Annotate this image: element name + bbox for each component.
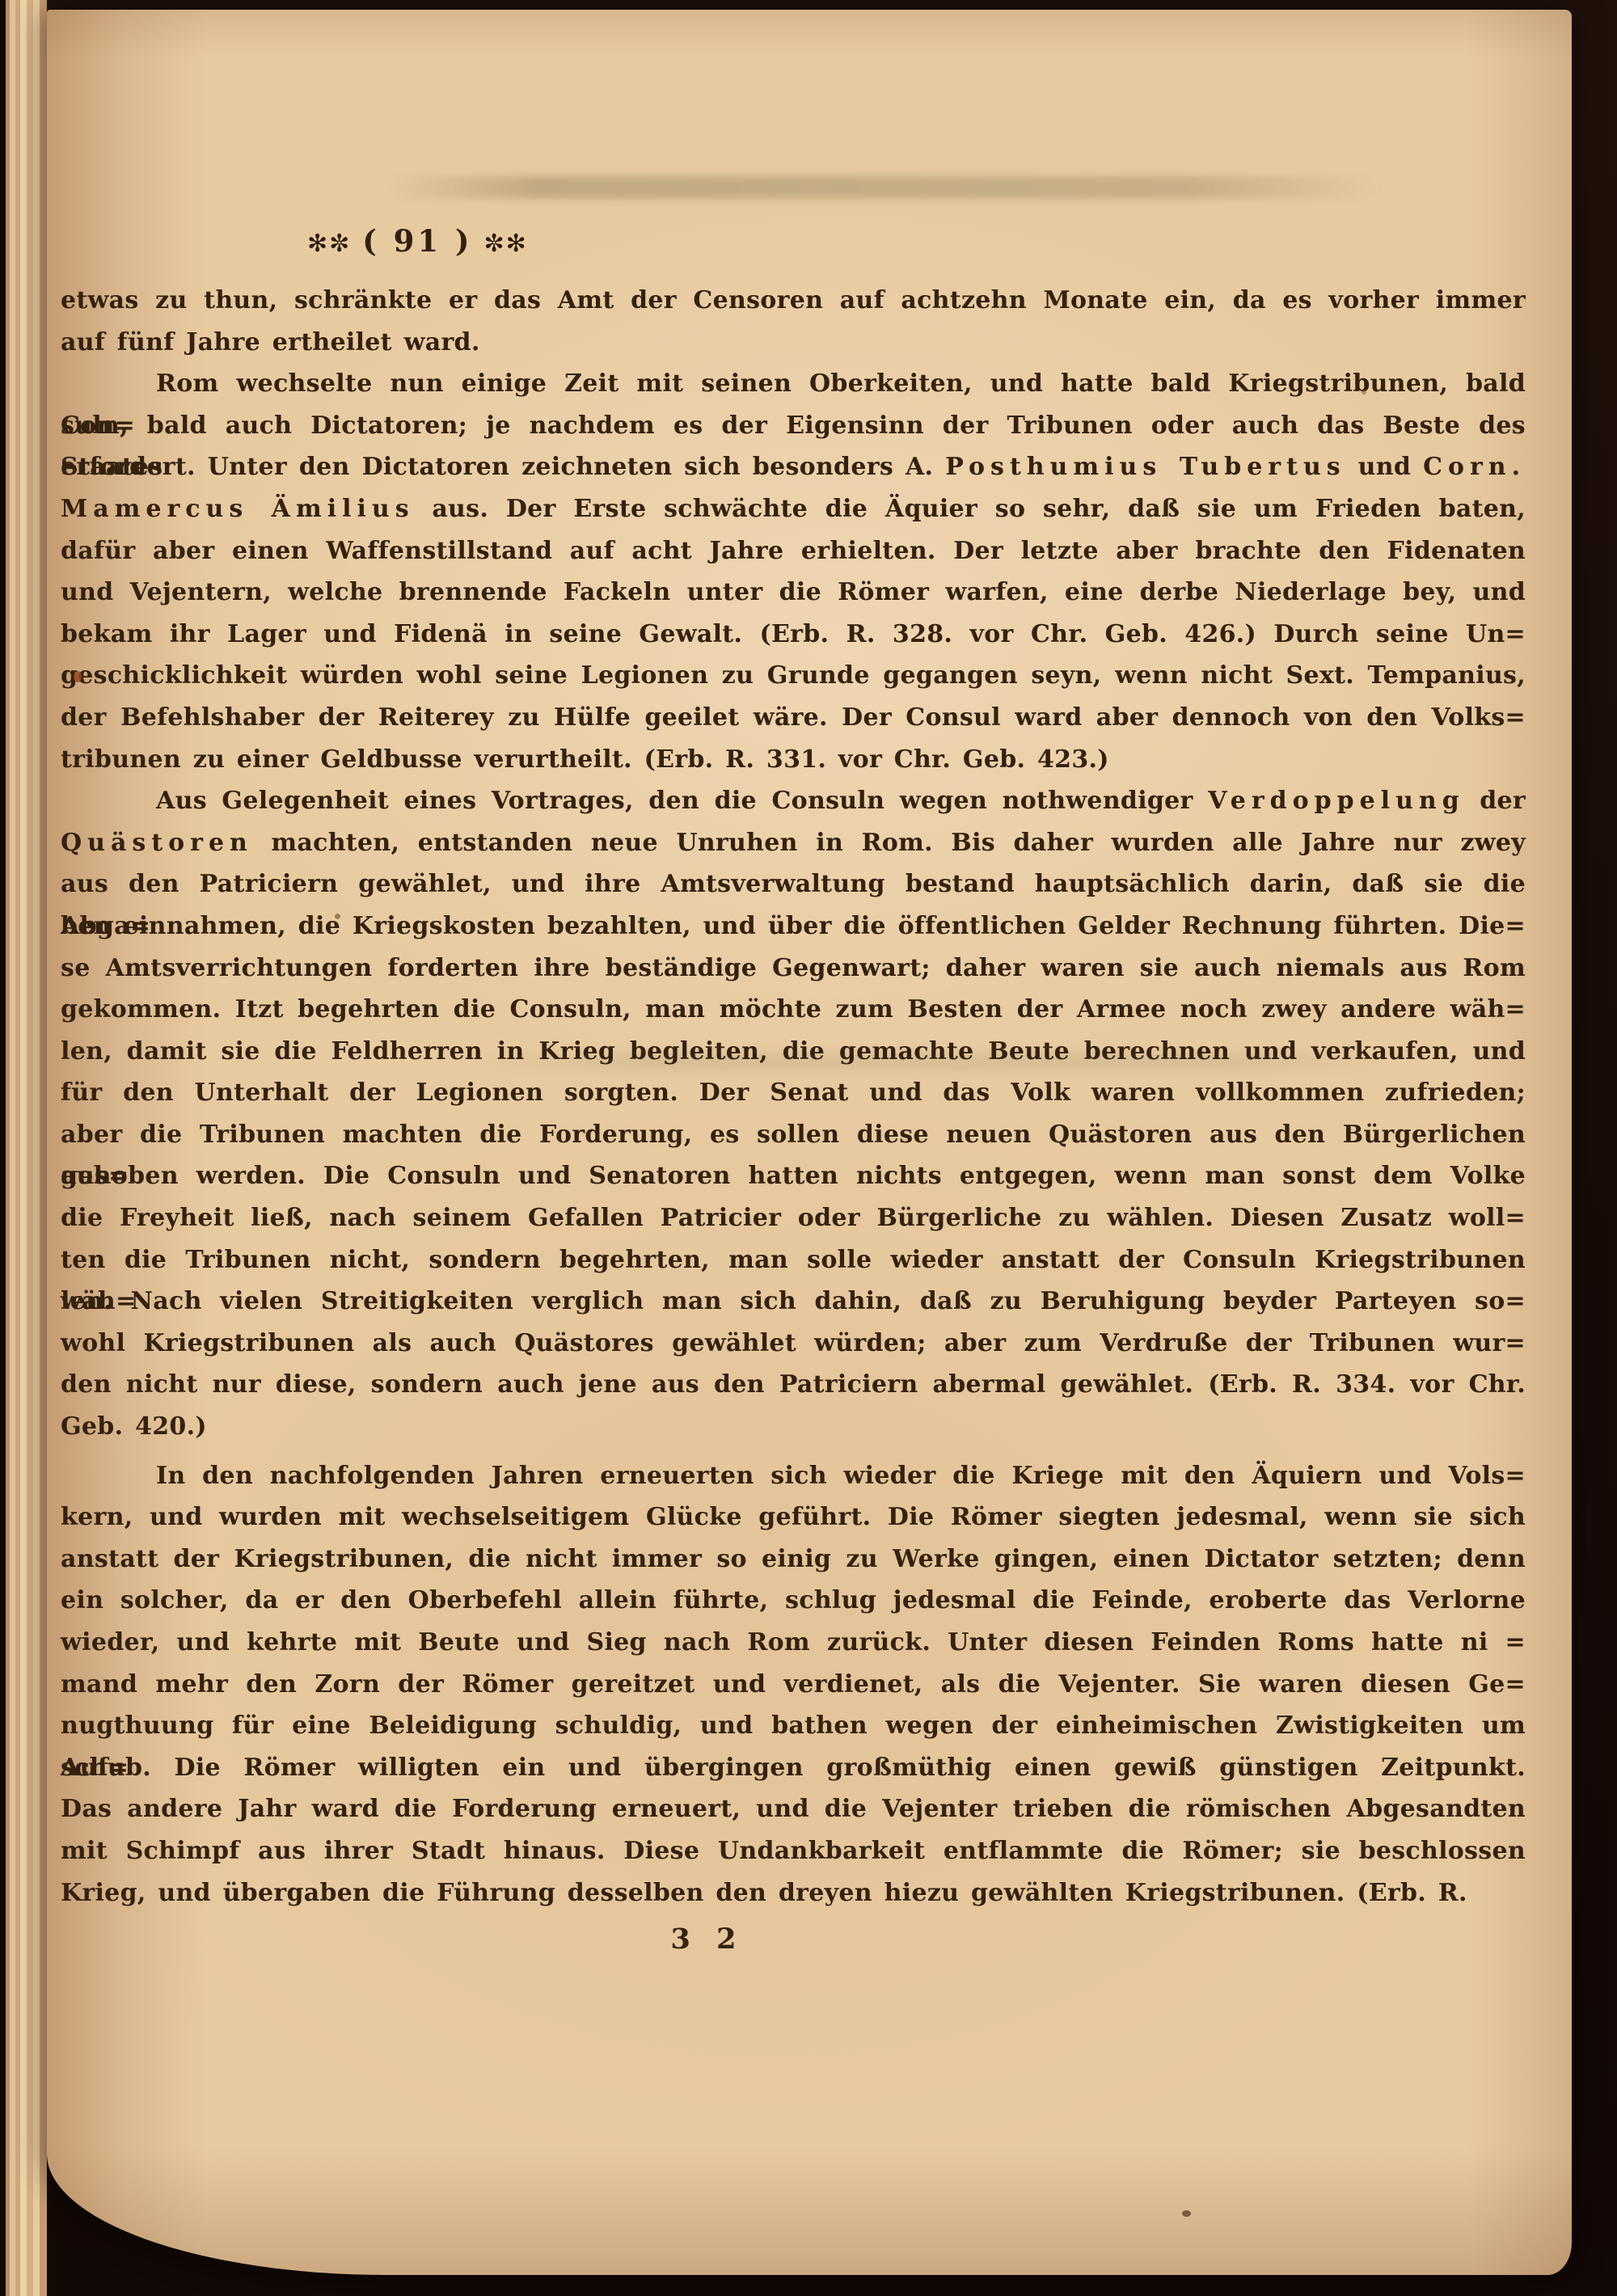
text-segment: der — [1465, 787, 1526, 815]
text-line: se Amtsverrichtungen forderten ihre best… — [61, 948, 1526, 990]
text-line: ben einnahmen, die Kriegskosten bezahlte… — [61, 905, 1526, 948]
stain — [1182, 2210, 1191, 2217]
book-page-edges — [0, 0, 47, 2296]
text-line: der Befehlshaber der Reiterey zu Hülfe g… — [61, 697, 1526, 739]
text-line: schub. Die Römer willigten ein und überg… — [61, 1747, 1526, 1789]
text-line: und Vejentern, welche brennende Fackeln … — [61, 572, 1526, 614]
text-line: Quästoren machten, entstanden neue Unruh… — [61, 822, 1526, 864]
text-segment: gehoben werden. Die Consuln und Senatore… — [61, 1162, 1526, 1190]
book-scan: { "page": { "header": { "ornament_left":… — [0, 0, 1617, 2296]
text-segment: Geb. 420.) — [61, 1412, 207, 1441]
text-line: wieder, und kehrte mit Beute und Sieg na… — [61, 1622, 1526, 1664]
text-line: die Freyheit ließ, nach seinem Gefallen … — [61, 1197, 1526, 1239]
text-line: auf fünf Jahre ertheilet ward. — [61, 322, 1526, 364]
text-line: len. Nach vielen Streitigkeiten verglich… — [61, 1281, 1526, 1323]
text-segment: Verdoppelung — [1208, 787, 1464, 815]
paragraph: etwas zu thun, schränkte er das Amt der … — [61, 280, 1526, 363]
text-segment: Krieg, und übergaben die Führung desselb… — [61, 1879, 1467, 1907]
text-line: nugthuung für eine Beleidigung schuldig,… — [61, 1705, 1526, 1747]
text-line: Mamercus Ämilius aus. Der Erste schwächt… — [61, 488, 1526, 530]
text-line: tribunen zu einer Geldbusse verurtheilt.… — [61, 739, 1526, 781]
text-line: für den Unterhalt der Legionen sorgten. … — [61, 1072, 1526, 1114]
text-segment: für den Unterhalt der Legionen sorgten. … — [61, 1078, 1526, 1107]
text-line: ein solcher, da er den Oberbefehl allein… — [61, 1580, 1526, 1622]
text-segment: Aus Gelegenheit eines Vortrages, den die… — [156, 787, 1208, 815]
text-block: etwas zu thun, schränkte er das Amt der … — [61, 280, 1526, 1914]
text-segment: se Amtsverrichtungen forderten ihre best… — [61, 954, 1526, 982]
text-segment: Mamercus Ämilius — [61, 495, 415, 523]
text-segment: len, damit sie die Feldherren in Krieg b… — [61, 1037, 1526, 1066]
text-segment: der Befehlshaber der Reiterey zu Hülfe g… — [61, 703, 1526, 732]
text-segment: Posthumius Tubertus — [945, 453, 1345, 481]
text-line: gehoben werden. Die Consuln und Senatore… — [61, 1155, 1526, 1197]
text-segment: auf fünf Jahre ertheilet ward. — [61, 328, 480, 357]
signature-mark: 3 2 — [643, 1922, 772, 1956]
text-line: anstatt der Kriegstribunen, die nicht im… — [61, 1538, 1526, 1581]
text-segment: dafür aber einen Waffenstillstand auf ac… — [61, 537, 1526, 565]
paragraph: In den nachfolgenden Jahren erneuerten s… — [61, 1455, 1526, 1914]
paragraph: Aus Gelegenheit eines Vortrages, den die… — [61, 780, 1526, 1448]
text-segment: len. Nach vielen Streitigkeiten verglich… — [61, 1287, 1526, 1315]
text-segment: kern, und wurden mit wechselseitigem Glü… — [61, 1503, 1526, 1531]
ink-bleed-through — [386, 176, 1381, 199]
text-line: aus den Patriciern gewählet, und ihre Am… — [61, 863, 1526, 905]
text-line: Geb. 420.) — [61, 1406, 1526, 1448]
text-segment: Corn. — [1423, 453, 1526, 481]
page-number: ( 91 ) — [362, 223, 472, 259]
text-line: erfordert. Unter den Dictatoren zeichnet… — [61, 446, 1526, 488]
text-line: mand mehr den Zorn der Römer gereitzet u… — [61, 1664, 1526, 1706]
text-segment: mand mehr den Zorn der Römer gereitzet u… — [61, 1670, 1526, 1699]
text-segment: aus. Der Erste schwächte die Äquier so s… — [415, 495, 1526, 523]
text-segment: In den nachfolgenden Jahren erneuerten s… — [156, 1462, 1526, 1490]
text-segment: anstatt der Kriegstribunen, die nicht im… — [61, 1545, 1526, 1573]
text-line: aber die Tribunen machten die Forderung,… — [61, 1114, 1526, 1156]
text-line: len, damit sie die Feldherren in Krieg b… — [61, 1031, 1526, 1073]
text-segment: ein solcher, da er den Oberbefehl allein… — [61, 1586, 1526, 1614]
text-segment: tribunen zu einer Geldbusse verurtheilt.… — [61, 745, 1109, 774]
fleuron-ornament-right-icon: ✼✻ — [484, 230, 528, 258]
text-segment: die Freyheit ließ, nach seinem Gefallen … — [61, 1204, 1526, 1232]
text-line: In den nachfolgenden Jahren erneuerten s… — [61, 1455, 1526, 1497]
text-line: kern, und wurden mit wechselseitigem Glü… — [61, 1496, 1526, 1538]
stain — [74, 671, 82, 682]
text-segment: bekam ihr Lager und Fidenä in seine Gewa… — [61, 620, 1526, 648]
text-line: bekam ihr Lager und Fidenä in seine Gewa… — [61, 614, 1526, 656]
fleuron-ornament-left-icon: ✻✼ — [307, 230, 351, 258]
text-line: ten die Tribunen nicht, sondern begehrte… — [61, 1239, 1526, 1281]
text-line: Krieg, und übergaben die Führung desselb… — [61, 1872, 1526, 1914]
text-segment: machten, entstanden neue Unruhen in Rom.… — [253, 829, 1526, 857]
text-line: Rom wechselte nun einige Zeit mit seinen… — [61, 363, 1526, 405]
text-line: geschicklichkeit würden wohl seine Legio… — [61, 655, 1526, 697]
stain — [1362, 390, 1366, 395]
text-line: mit Schimpf aus ihrer Stadt hinaus. Dies… — [61, 1830, 1526, 1872]
text-line: etwas zu thun, schränkte er das Amt der … — [61, 280, 1526, 322]
text-segment: geschicklichkeit würden wohl seine Legio… — [61, 661, 1526, 690]
text-segment: Quästoren — [61, 829, 253, 857]
text-segment: und Vejentern, welche brennende Fackeln … — [61, 578, 1526, 606]
text-line: suln, bald auch Dictatoren; je nachdem e… — [61, 405, 1526, 447]
text-segment: wieder, und kehrte mit Beute und Sieg na… — [61, 1628, 1526, 1657]
paragraph: Rom wechselte nun einige Zeit mit seinen… — [61, 363, 1526, 780]
text-segment: Das andere Jahr ward die Forderung erneu… — [61, 1795, 1526, 1823]
page-header: ✻✼ ( 91 ) ✼✻ — [307, 223, 550, 259]
stain — [335, 914, 340, 919]
text-segment: erfordert. Unter den Dictatoren zeichnet… — [61, 453, 945, 481]
text-segment: und — [1346, 453, 1423, 481]
text-segment: wohl Kriegstribunen als auch Quästores g… — [61, 1329, 1526, 1357]
page: ✻✼ ( 91 ) ✼✻ etwas zu thun, schränkte er… — [47, 10, 1572, 2275]
text-line: Aus Gelegenheit eines Vortrages, den die… — [61, 780, 1526, 822]
text-line: Das andere Jahr ward die Forderung erneu… — [61, 1788, 1526, 1830]
text-line: den nicht nur diese, sondern auch jene a… — [61, 1364, 1526, 1406]
text-segment: etwas zu thun, schränkte er das Amt der … — [61, 286, 1526, 314]
text-segment: ben einnahmen, die Kriegskosten bezahlte… — [61, 912, 1526, 940]
text-segment: den nicht nur diese, sondern auch jene a… — [61, 1370, 1526, 1399]
text-line: wohl Kriegstribunen als auch Quästores g… — [61, 1323, 1526, 1365]
text-line: gekommen. Itzt begehrten die Consuln, ma… — [61, 989, 1526, 1031]
text-segment: gekommen. Itzt begehrten die Consuln, ma… — [61, 995, 1526, 1023]
text-line: dafür aber einen Waffenstillstand auf ac… — [61, 530, 1526, 572]
text-segment: mit Schimpf aus ihrer Stadt hinaus. Dies… — [61, 1837, 1526, 1865]
text-segment: schub. Die Römer willigten ein und überg… — [61, 1754, 1526, 1782]
